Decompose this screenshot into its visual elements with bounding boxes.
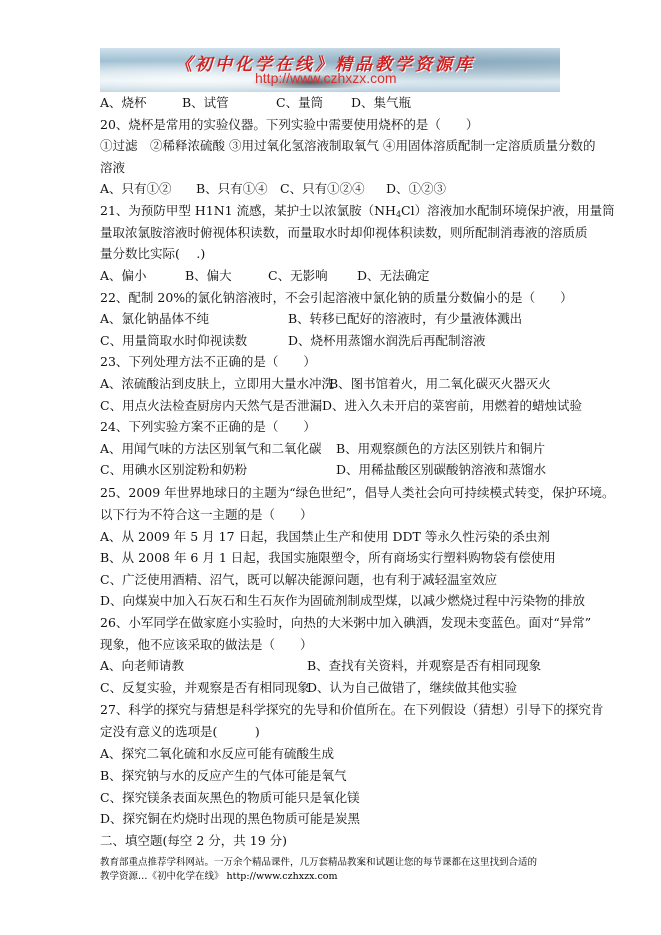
q21-stem-pre: 21、为预防甲型 H1N1 流感，某护士以浓氯胺（NH: [100, 203, 396, 218]
q20-items-line1: ①过滤 ②稀释浓硫酸 ③用过氧化氢溶液制取氧气 ④用固体溶质配制一定溶质质量分数…: [100, 137, 595, 155]
option-c: C、用量筒取水时仰视读数: [100, 332, 247, 350]
option-a: A、向老师请教: [100, 657, 184, 675]
option-c: C、量筒: [276, 94, 323, 112]
q25-stem-line2: 以下行为不符合这一主题的是（ ）: [100, 506, 313, 524]
footer-line1: 教育部重点推荐学科网站。一万余个精品课件，几万套精品教案和试题让您的每节课都在这…: [100, 856, 537, 870]
option-b: B、只有①④: [196, 180, 268, 198]
option-c: C、只有①②④: [280, 180, 365, 198]
q25-option-c: C、广泛使用酒精、沼气，既可以解决能源问题，也有利于减轻温室效应: [100, 571, 497, 589]
option-b: B、转移已配好的溶液时，有少量液体溅出: [288, 310, 522, 328]
option-a: A、偏小: [100, 267, 147, 285]
footer-link[interactable]: http://www.czhxzx.com: [227, 871, 338, 882]
option-c: C、反复实验，并观察是否有相同现象: [100, 679, 310, 697]
header-banner: 《初中化学在线》精品教学资源库 http://www.czhxzx.com: [100, 48, 560, 92]
q27-stem-line2: 定没有意义的选项是( ): [100, 723, 260, 741]
option-b: B、查找有关资料，并观察是否有相同现象: [307, 657, 541, 675]
q21-stem-line1: 21、为预防甲型 H1N1 流感，某护士以浓氯胺（NH4Cl）溶液加水配制环境保…: [100, 202, 615, 224]
q23-stem: 23、下列处理方法不正确的是（ ）: [100, 353, 316, 371]
footer-text: 教学资源…《初中化学在线》: [100, 871, 224, 882]
option-d: D、认为自己做错了，继续做其他实验: [307, 679, 517, 697]
option-a: A、只有①②: [100, 180, 172, 198]
q25-option-d: D、向煤炭中加入石灰石和生石灰作为固硫剂制成型煤，以减少燃烧过程中污染物的排放: [100, 592, 585, 610]
option-d: D、用稀盐酸区别碳酸钠溶液和蒸馏水: [336, 461, 546, 479]
option-d: D、集气瓶: [351, 94, 411, 112]
q20-stem: 20、烧杯是常用的实验仪器。下列实验中需要使用烧杯的是（ ）: [100, 116, 478, 134]
q21-stem-post: Cl）溶液加水配制环境保护液，用量筒: [401, 203, 615, 218]
q20-items-line2: 溶液: [100, 159, 125, 177]
option-d: D、进入久未开启的菜窖前，用燃着的蜡烛试验: [322, 397, 582, 415]
q22-stem: 22、配制 20%的氯化钠溶液时，不会引起溶液中氯化钠的质量分数偏小的是（ ）: [100, 289, 573, 307]
q26-stem-line1: 26、小军同学在做家庭小实验时，向热的大米粥中加入碘酒，发现未变蓝色。面对“异常…: [100, 614, 591, 632]
option-b: B、试管: [182, 94, 229, 112]
q25-stem-line1: 25、2009 年世界地球日的主题为“绿色世纪”，倡导人类社会向可持续模式转变，…: [100, 484, 614, 502]
option-b: B、用观察颜色的方法区别铁片和铜片: [336, 440, 545, 458]
q25-option-a: A、从 2009 年 5 月 17 日起，我国禁止生产和使用 DDT 等永久性污…: [100, 528, 550, 546]
option-a: A、浓硫酸沾到皮肤上，立即用大量水冲洗: [100, 375, 334, 393]
section-heading: 二、填空题(每空 2 分，共 19 分): [100, 832, 287, 850]
q27-option-d: D、探究铜在灼烧时出现的黑色物质可能是炭黑: [100, 810, 360, 828]
option-c: C、用点火法检查厨房内天然气是否泄漏: [100, 397, 322, 415]
q21-stem-line3: 量分数比实际( .): [100, 245, 205, 263]
banner-url: http://www.czhxzx.com: [255, 70, 397, 86]
q25-option-b: B、从 2008 年 6 月 1 日起，我国实施限塑令，所有商场实行塑料购物袋有…: [100, 549, 556, 567]
q21-stem-line2: 量取浓氯胺溶液时俯视体积读数，而量取水时却仰视体积读数，则所配制消毒液的溶质质: [100, 224, 588, 242]
q27-stem-line1: 27、科学的探究与猜想是科学探究的先导和价值所在。在下列假设（猜想）引导下的探究…: [100, 701, 603, 719]
q27-option-c: C、探究镁条表面灰黑色的物质可能只是氧化镁: [100, 789, 360, 807]
option-d: D、烧杯用蒸馏水润洗后再配制溶液: [288, 332, 486, 350]
q26-stem-line2: 现象，他不应该采取的做法是（ ）: [100, 636, 313, 654]
option-d: D、①②③: [386, 180, 446, 198]
option-c: C、用碘水区别淀粉和奶粉: [100, 461, 247, 479]
q27-option-b: B、探究钠与水的反应产生的气体可能是氧气: [100, 767, 347, 785]
option-a: A、氯化钠晶体不纯: [100, 310, 209, 328]
option-c: C、无影响: [268, 267, 328, 285]
q24-stem: 24、下列实验方案不正确的是（ ）: [100, 418, 316, 436]
option-d: D、无法确定: [357, 267, 430, 285]
option-a: A、用闻气味的方法区别氧气和二氧化碳: [100, 440, 322, 458]
option-b: B、偏大: [185, 267, 232, 285]
q27-option-a: A、探究二氧化硫和水反应可能有硫酸生成: [100, 745, 334, 763]
footer-line2: 教学资源…《初中化学在线》 http://www.czhxzx.com: [100, 870, 338, 884]
option-a: A、烧杯: [100, 94, 147, 112]
option-b: B、图书馆着火，用二氧化碳灭火器灭火: [329, 375, 551, 393]
